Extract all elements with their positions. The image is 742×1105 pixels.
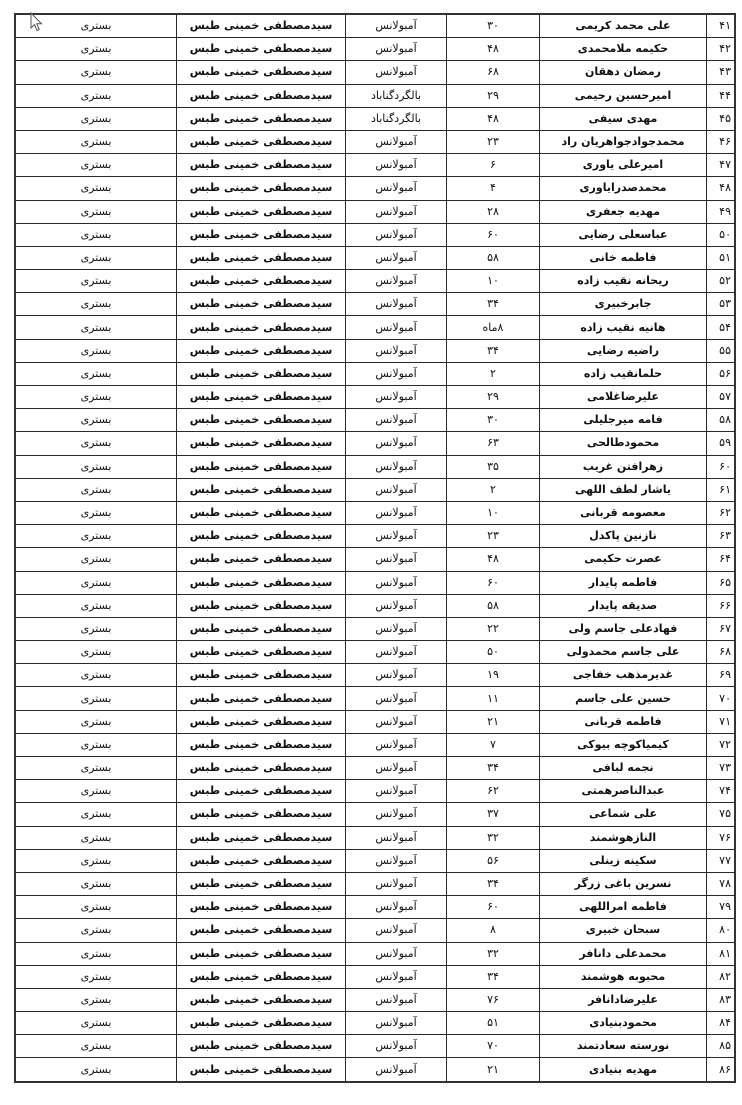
hospital-cell: سیدمصطفی خمینی طبس [177, 1058, 346, 1082]
status-cell: بستری [15, 270, 177, 293]
hospital-cell: سیدمصطفی خمینی طبس [177, 687, 346, 710]
row-number-cell: ۶۷ [707, 617, 736, 640]
age-cell: ۵۱ [447, 1012, 540, 1035]
patient-name-cell: محبوبه هوشمند [540, 965, 707, 988]
patient-name-cell: مهدیه بنیادی [540, 1058, 707, 1082]
patient-name-cell: فاطمه قربانی [540, 710, 707, 733]
transport-method-cell: آمبولانس [346, 1035, 447, 1058]
transport-method-cell: آمبولانس [346, 14, 447, 38]
table-row: ۵۴هانیه نقیب زاده۸ماهآمبولانسسیدمصطفی خم… [15, 316, 735, 339]
table-row: ۴۶محمدجوادجواهریان راد۲۳آمبولانسسیدمصطفی… [15, 130, 735, 153]
age-cell: ۱۰ [447, 501, 540, 524]
table-row: ۸۵نورسته سعادتمند۷۰آمبولانسسیدمصطفی خمین… [15, 1035, 735, 1058]
status-cell: بستری [15, 988, 177, 1011]
patient-name-cell: علی شماعی [540, 803, 707, 826]
row-number-cell: ۵۸ [707, 409, 736, 432]
table-row: ۶۹غدیرمذهب خفاجی۱۹آمبولانسسیدمصطفی خمینی… [15, 664, 735, 687]
transport-method-cell: آمبولانس [346, 386, 447, 409]
age-cell: ۷۰ [447, 1035, 540, 1058]
status-cell: بستری [15, 803, 177, 826]
transport-method-cell: آمبولانس [346, 988, 447, 1011]
hospital-cell: سیدمصطفی خمینی طبس [177, 130, 346, 153]
age-cell: ۶۲ [447, 780, 540, 803]
row-number-cell: ۴۶ [707, 130, 736, 153]
age-cell: ۶۰ [447, 571, 540, 594]
row-number-cell: ۴۸ [707, 177, 736, 200]
table-row: ۷۲کیمیاکوچه بیوکی۷آمبولانسسیدمصطفی خمینی… [15, 733, 735, 756]
table-row: ۸۰سبحان خبیری۸آمبولانسسیدمصطفی خمینی طبس… [15, 919, 735, 942]
status-cell: بستری [15, 1035, 177, 1058]
transport-method-cell: بالگردگناباد [346, 107, 447, 130]
transport-method-cell: آمبولانس [346, 942, 447, 965]
status-cell: بستری [15, 548, 177, 571]
transport-method-cell: آمبولانس [346, 803, 447, 826]
status-cell: بستری [15, 1058, 177, 1082]
table-row: ۵۳جابرخبیری۳۴آمبولانسسیدمصطفی خمینی طبسب… [15, 293, 735, 316]
table-row: ۸۱محمدعلی دانافر۳۲آمبولانسسیدمصطفی خمینی… [15, 942, 735, 965]
status-cell: بستری [15, 38, 177, 61]
age-cell: ۸ [447, 919, 540, 942]
patient-table-body: ۴۱علی محمد کریمی۳۰آمبولانسسیدمصطفی خمینی… [15, 14, 735, 1082]
table-row: ۷۷سکینه زینلی۵۶آمبولانسسیدمصطفی خمینی طب… [15, 849, 735, 872]
age-cell: ۳۴ [447, 339, 540, 362]
table-row: ۵۵راضیه رضایی۳۴آمبولانسسیدمصطفی خمینی طب… [15, 339, 735, 362]
patient-name-cell: محمدصدرایاوری [540, 177, 707, 200]
hospital-cell: سیدمصطفی خمینی طبس [177, 641, 346, 664]
hospital-cell: سیدمصطفی خمینی طبس [177, 965, 346, 988]
row-number-cell: ۶۸ [707, 641, 736, 664]
status-cell: بستری [15, 641, 177, 664]
status-cell: بستری [15, 710, 177, 733]
table-row: ۷۴عبدالناصرهمتی۶۲آمبولانسسیدمصطفی خمینی … [15, 780, 735, 803]
row-number-cell: ۶۶ [707, 594, 736, 617]
table-row: ۷۶النازهوشمند۳۲آمبولانسسیدمصطفی خمینی طب… [15, 826, 735, 849]
status-cell: بستری [15, 316, 177, 339]
status-cell: بستری [15, 872, 177, 895]
transport-method-cell: آمبولانس [346, 246, 447, 269]
status-cell: بستری [15, 386, 177, 409]
patient-name-cell: علیرضاغلامی [540, 386, 707, 409]
transport-method-cell: آمبولانس [346, 687, 447, 710]
row-number-cell: ۶۴ [707, 548, 736, 571]
row-number-cell: ۵۴ [707, 316, 736, 339]
patient-name-cell: مهدی سیفی [540, 107, 707, 130]
row-number-cell: ۷۶ [707, 826, 736, 849]
transport-method-cell: آمبولانس [346, 130, 447, 153]
status-cell: بستری [15, 571, 177, 594]
transport-method-cell: آمبولانس [346, 339, 447, 362]
age-cell: ۶۳ [447, 432, 540, 455]
transport-method-cell: آمبولانس [346, 1058, 447, 1082]
status-cell: بستری [15, 478, 177, 501]
table-row: ۵۹محمودطالحی۶۳آمبولانسسیدمصطفی خمینی طبس… [15, 432, 735, 455]
patient-name-cell: محمدجوادجواهریان راد [540, 130, 707, 153]
patient-name-cell: علی جاسم محمدولی [540, 641, 707, 664]
table-row: ۷۹فاطمه امراللهی۶۰آمبولانسسیدمصطفی خمینی… [15, 896, 735, 919]
hospital-cell: سیدمصطفی خمینی طبس [177, 154, 346, 177]
status-cell: بستری [15, 61, 177, 84]
status-cell: بستری [15, 780, 177, 803]
age-cell: ۲۲ [447, 617, 540, 640]
hospital-cell: سیدمصطفی خمینی طبس [177, 107, 346, 130]
table-row: ۴۹مهدیه جعفری۲۸آمبولانسسیدمصطفی خمینی طب… [15, 200, 735, 223]
status-cell: بستری [15, 409, 177, 432]
hospital-cell: سیدمصطفی خمینی طبس [177, 710, 346, 733]
patient-name-cell: مهدیه جعفری [540, 200, 707, 223]
table-row: ۴۵مهدی سیفی۴۸بالگردگنابادسیدمصطفی خمینی … [15, 107, 735, 130]
status-cell: بستری [15, 177, 177, 200]
patient-name-cell: زهرافتن غریب [540, 455, 707, 478]
hospital-cell: سیدمصطفی خمینی طبس [177, 362, 346, 385]
age-cell: ۲ [447, 478, 540, 501]
transport-method-cell: آمبولانس [346, 664, 447, 687]
row-number-cell: ۸۰ [707, 919, 736, 942]
hospital-cell: سیدمصطفی خمینی طبس [177, 872, 346, 895]
table-row: ۶۵فاطمه پایدار۶۰آمبولانسسیدمصطفی خمینی ط… [15, 571, 735, 594]
transport-method-cell: آمبولانس [346, 826, 447, 849]
hospital-cell: سیدمصطفی خمینی طبس [177, 896, 346, 919]
age-cell: ۶۰ [447, 896, 540, 919]
hospital-cell: سیدمصطفی خمینی طبس [177, 339, 346, 362]
transport-method-cell: آمبولانس [346, 455, 447, 478]
row-number-cell: ۷۷ [707, 849, 736, 872]
table-row: ۴۴امیرحسین رحیمی۲۹بالگردگنابادسیدمصطفی خ… [15, 84, 735, 107]
patient-name-cell: جابرخبیری [540, 293, 707, 316]
patient-name-cell: علیرضادانافر [540, 988, 707, 1011]
row-number-cell: ۶۳ [707, 525, 736, 548]
transport-method-cell: آمبولانس [346, 849, 447, 872]
transport-method-cell: آمبولانس [346, 965, 447, 988]
row-number-cell: ۸۱ [707, 942, 736, 965]
status-cell: بستری [15, 14, 177, 38]
transport-method-cell: آمبولانس [346, 200, 447, 223]
hospital-cell: سیدمصطفی خمینی طبس [177, 200, 346, 223]
hospital-cell: سیدمصطفی خمینی طبس [177, 386, 346, 409]
row-number-cell: ۸۲ [707, 965, 736, 988]
hospital-cell: سیدمصطفی خمینی طبس [177, 177, 346, 200]
table-row: ۶۳نازنین پاکدل۲۳آمبولانسسیدمصطفی خمینی ط… [15, 525, 735, 548]
patient-name-cell: محمودطالحی [540, 432, 707, 455]
row-number-cell: ۷۱ [707, 710, 736, 733]
patient-name-cell: حسین علی جاسم [540, 687, 707, 710]
status-cell: بستری [15, 733, 177, 756]
transport-method-cell: آمبولانس [346, 525, 447, 548]
age-cell: ۳۲ [447, 826, 540, 849]
patient-name-cell: امیرحسین رحیمی [540, 84, 707, 107]
row-number-cell: ۴۴ [707, 84, 736, 107]
transport-method-cell: آمبولانس [346, 594, 447, 617]
row-number-cell: ۴۷ [707, 154, 736, 177]
patient-table: ۴۱علی محمد کریمی۳۰آمبولانسسیدمصطفی خمینی… [14, 13, 736, 1083]
age-cell: ۲۹ [447, 84, 540, 107]
row-number-cell: ۵۱ [707, 246, 736, 269]
transport-method-cell: آمبولانس [346, 710, 447, 733]
status-cell: بستری [15, 293, 177, 316]
age-cell: ۳۴ [447, 872, 540, 895]
status-cell: بستری [15, 687, 177, 710]
hospital-cell: سیدمصطفی خمینی طبس [177, 548, 346, 571]
row-number-cell: ۶۵ [707, 571, 736, 594]
table-row: ۶۴عصرت حکیمی۴۸آمبولانسسیدمصطفی خمینی طبس… [15, 548, 735, 571]
status-cell: بستری [15, 919, 177, 942]
row-number-cell: ۷۵ [707, 803, 736, 826]
age-cell: ۲۱ [447, 1058, 540, 1082]
patient-name-cell: یاشار لطف اللهی [540, 478, 707, 501]
status-cell: بستری [15, 757, 177, 780]
row-number-cell: ۴۲ [707, 38, 736, 61]
patient-name-cell: عصرت حکیمی [540, 548, 707, 571]
transport-method-cell: آمبولانس [346, 571, 447, 594]
row-number-cell: ۷۳ [707, 757, 736, 780]
patient-name-cell: النازهوشمند [540, 826, 707, 849]
hospital-cell: سیدمصطفی خمینی طبس [177, 246, 346, 269]
status-cell: بستری [15, 362, 177, 385]
patient-name-cell: نازنین پاکدل [540, 525, 707, 548]
hospital-cell: سیدمصطفی خمینی طبس [177, 270, 346, 293]
table-row: ۵۲ریحانه نقیب زاده۱۰آمبولانسسیدمصطفی خمی… [15, 270, 735, 293]
patient-name-cell: سکینه زینلی [540, 849, 707, 872]
patient-name-cell: نجمه لبافی [540, 757, 707, 780]
transport-method-cell: آمبولانس [346, 38, 447, 61]
hospital-cell: سیدمصطفی خمینی طبس [177, 316, 346, 339]
table-row: ۸۳علیرضادانافر۷۶آمبولانسسیدمصطفی خمینی ط… [15, 988, 735, 1011]
transport-method-cell: آمبولانس [346, 478, 447, 501]
table-row: ۶۶صدیقه پایدار۵۸آمبولانسسیدمصطفی خمینی ط… [15, 594, 735, 617]
transport-method-cell: آمبولانس [346, 757, 447, 780]
table-row: ۷۱فاطمه قربانی۲۱آمبولانسسیدمصطفی خمینی ط… [15, 710, 735, 733]
hospital-cell: سیدمصطفی خمینی طبس [177, 501, 346, 524]
status-cell: بستری [15, 200, 177, 223]
row-number-cell: ۶۰ [707, 455, 736, 478]
patient-name-cell: کیمیاکوچه بیوکی [540, 733, 707, 756]
patient-name-cell: امیرعلی یاوری [540, 154, 707, 177]
hospital-cell: سیدمصطفی خمینی طبس [177, 988, 346, 1011]
patient-name-cell: هانیه نقیب زاده [540, 316, 707, 339]
age-cell: ۶۸ [447, 61, 540, 84]
hospital-cell: سیدمصطفی خمینی طبس [177, 525, 346, 548]
row-number-cell: ۴۹ [707, 200, 736, 223]
status-cell: بستری [15, 501, 177, 524]
transport-method-cell: آمبولانس [346, 780, 447, 803]
status-cell: بستری [15, 664, 177, 687]
patient-name-cell: حکیمه ملامحمدی [540, 38, 707, 61]
hospital-cell: سیدمصطفی خمینی طبس [177, 432, 346, 455]
transport-method-cell: آمبولانس [346, 270, 447, 293]
status-cell: بستری [15, 154, 177, 177]
hospital-cell: سیدمصطفی خمینی طبس [177, 1012, 346, 1035]
transport-method-cell: آمبولانس [346, 641, 447, 664]
status-cell: بستری [15, 455, 177, 478]
status-cell: بستری [15, 896, 177, 919]
patient-name-cell: نسرین باغی زرگر [540, 872, 707, 895]
age-cell: ۲۸ [447, 200, 540, 223]
patient-name-cell: نورسته سعادتمند [540, 1035, 707, 1058]
age-cell: ۵۸ [447, 594, 540, 617]
table-row: ۶۸علی جاسم محمدولی۵۰آمبولانسسیدمصطفی خمی… [15, 641, 735, 664]
age-cell: ۴۸ [447, 107, 540, 130]
age-cell: ۱۰ [447, 270, 540, 293]
table-row: ۴۷امیرعلی یاوری۶آمبولانسسیدمصطفی خمینی ط… [15, 154, 735, 177]
hospital-cell: سیدمصطفی خمینی طبس [177, 478, 346, 501]
age-cell: ۵۰ [447, 641, 540, 664]
status-cell: بستری [15, 1012, 177, 1035]
hospital-cell: سیدمصطفی خمینی طبس [177, 1035, 346, 1058]
row-number-cell: ۵۵ [707, 339, 736, 362]
row-number-cell: ۶۲ [707, 501, 736, 524]
age-cell: ۴ [447, 177, 540, 200]
row-number-cell: ۴۵ [707, 107, 736, 130]
row-number-cell: ۷۸ [707, 872, 736, 895]
table-row: ۶۷فهادعلی جاسم ولی۲۲آمبولانسسیدمصطفی خمی… [15, 617, 735, 640]
status-cell: بستری [15, 525, 177, 548]
row-number-cell: ۸۴ [707, 1012, 736, 1035]
table-row: ۶۱یاشار لطف اللهی۲آمبولانسسیدمصطفی خمینی… [15, 478, 735, 501]
age-cell: ۳۵ [447, 455, 540, 478]
age-cell: ۳۷ [447, 803, 540, 826]
hospital-cell: سیدمصطفی خمینی طبس [177, 38, 346, 61]
patient-name-cell: فاطمه خانی [540, 246, 707, 269]
patient-name-cell: سبحان خبیری [540, 919, 707, 942]
row-number-cell: ۷۴ [707, 780, 736, 803]
status-cell: بستری [15, 339, 177, 362]
row-number-cell: ۶۹ [707, 664, 736, 687]
table-row: ۶۲معصومه قربانی۱۰آمبولانسسیدمصطفی خمینی … [15, 501, 735, 524]
transport-method-cell: آمبولانس [346, 154, 447, 177]
status-cell: بستری [15, 432, 177, 455]
status-cell: بستری [15, 826, 177, 849]
transport-method-cell: آمبولانس [346, 1012, 447, 1035]
hospital-cell: سیدمصطفی خمینی طبس [177, 571, 346, 594]
age-cell: ۲۱ [447, 710, 540, 733]
row-number-cell: ۷۰ [707, 687, 736, 710]
transport-method-cell: آمبولانس [346, 61, 447, 84]
table-row: ۵۶حلمانقیب زاده۲آمبولانسسیدمصطفی خمینی ط… [15, 362, 735, 385]
transport-method-cell: آمبولانس [346, 733, 447, 756]
age-cell: ۲۳ [447, 130, 540, 153]
patient-name-cell: علی محمد کریمی [540, 14, 707, 38]
hospital-cell: سیدمصطفی خمینی طبس [177, 826, 346, 849]
table-row: ۵۸فامه میرجلیلی۳۰آمبولانسسیدمصطفی خمینی … [15, 409, 735, 432]
age-cell: ۷۶ [447, 988, 540, 1011]
status-cell: بستری [15, 965, 177, 988]
hospital-cell: سیدمصطفی خمینی طبس [177, 617, 346, 640]
table-row: ۴۲حکیمه ملامحمدی۴۸آمبولانسسیدمصطفی خمینی… [15, 38, 735, 61]
patient-name-cell: راضیه رضایی [540, 339, 707, 362]
age-cell: ۷ [447, 733, 540, 756]
age-cell: ۴۸ [447, 38, 540, 61]
transport-method-cell: آمبولانس [346, 919, 447, 942]
transport-method-cell: آمبولانس [346, 316, 447, 339]
table-row: ۷۵علی شماعی۳۷آمبولانسسیدمصطفی خمینی طبسب… [15, 803, 735, 826]
age-cell: ۱۱ [447, 687, 540, 710]
hospital-cell: سیدمصطفی خمینی طبس [177, 803, 346, 826]
transport-method-cell: آمبولانس [346, 362, 447, 385]
age-cell: ۲۳ [447, 525, 540, 548]
age-cell: ۸ماه [447, 316, 540, 339]
status-cell: بستری [15, 942, 177, 965]
status-cell: بستری [15, 223, 177, 246]
age-cell: ۵۸ [447, 246, 540, 269]
table-row: ۵۱فاطمه خانی۵۸آمبولانسسیدمصطفی خمینی طبس… [15, 246, 735, 269]
transport-method-cell: آمبولانس [346, 896, 447, 919]
status-cell: بستری [15, 107, 177, 130]
hospital-cell: سیدمصطفی خمینی طبس [177, 733, 346, 756]
age-cell: ۳۴ [447, 965, 540, 988]
hospital-cell: سیدمصطفی خمینی طبس [177, 849, 346, 872]
patient-name-cell: فهادعلی جاسم ولی [540, 617, 707, 640]
patient-name-cell: صدیقه پایدار [540, 594, 707, 617]
transport-method-cell: آمبولانس [346, 293, 447, 316]
status-cell: بستری [15, 130, 177, 153]
hospital-cell: سیدمصطفی خمینی طبس [177, 84, 346, 107]
row-number-cell: ۷۹ [707, 896, 736, 919]
row-number-cell: ۵۹ [707, 432, 736, 455]
patient-name-cell: محمدعلی دانافر [540, 942, 707, 965]
transport-method-cell: آمبولانس [346, 177, 447, 200]
row-number-cell: ۵۳ [707, 293, 736, 316]
table-row: ۸۲محبوبه هوشمند۳۴آمبولانسسیدمصطفی خمینی … [15, 965, 735, 988]
table-row: ۵۷علیرضاغلامی۲۹آمبولانسسیدمصطفی خمینی طب… [15, 386, 735, 409]
transport-method-cell: آمبولانس [346, 409, 447, 432]
transport-method-cell: آمبولانس [346, 501, 447, 524]
age-cell: ۱۹ [447, 664, 540, 687]
row-number-cell: ۴۱ [707, 14, 736, 38]
table-row: ۷۰حسین علی جاسم۱۱آمبولانسسیدمصطفی خمینی … [15, 687, 735, 710]
patient-name-cell: محمودبنیادی [540, 1012, 707, 1035]
transport-method-cell: آمبولانس [346, 548, 447, 571]
hospital-cell: سیدمصطفی خمینی طبس [177, 223, 346, 246]
row-number-cell: ۵۷ [707, 386, 736, 409]
hospital-cell: سیدمصطفی خمینی طبس [177, 757, 346, 780]
table-row: ۷۸نسرین باغی زرگر۳۴آمبولانسسیدمصطفی خمین… [15, 872, 735, 895]
row-number-cell: ۷۲ [707, 733, 736, 756]
age-cell: ۶ [447, 154, 540, 177]
row-number-cell: ۴۳ [707, 61, 736, 84]
transport-method-cell: آمبولانس [346, 617, 447, 640]
table-row: ۸۴محمودبنیادی۵۱آمبولانسسیدمصطفی خمینی طب… [15, 1012, 735, 1035]
table-row: ۶۰زهرافتن غریب۳۵آمبولانسسیدمصطفی خمینی ط… [15, 455, 735, 478]
row-number-cell: ۵۲ [707, 270, 736, 293]
patient-name-cell: غدیرمذهب خفاجی [540, 664, 707, 687]
table-row: ۸۶مهدیه بنیادی۲۱آمبولانسسیدمصطفی خمینی ط… [15, 1058, 735, 1082]
age-cell: ۳۲ [447, 942, 540, 965]
age-cell: ۳۰ [447, 409, 540, 432]
table-row: ۴۱علی محمد کریمی۳۰آمبولانسسیدمصطفی خمینی… [15, 14, 735, 38]
status-cell: بستری [15, 246, 177, 269]
hospital-cell: سیدمصطفی خمینی طبس [177, 14, 346, 38]
patient-name-cell: فاطمه پایدار [540, 571, 707, 594]
patient-name-cell: رمضان دهقان [540, 61, 707, 84]
hospital-cell: سیدمصطفی خمینی طبس [177, 919, 346, 942]
age-cell: ۲۹ [447, 386, 540, 409]
row-number-cell: ۶۱ [707, 478, 736, 501]
table-row: ۴۳رمضان دهقان۶۸آمبولانسسیدمصطفی خمینی طب… [15, 61, 735, 84]
age-cell: ۳۴ [447, 757, 540, 780]
status-cell: بستری [15, 84, 177, 107]
hospital-cell: سیدمصطفی خمینی طبس [177, 409, 346, 432]
patient-name-cell: عبدالناصرهمتی [540, 780, 707, 803]
age-cell: ۴۸ [447, 548, 540, 571]
transport-method-cell: بالگردگناباد [346, 84, 447, 107]
age-cell: ۶۰ [447, 223, 540, 246]
status-cell: بستری [15, 617, 177, 640]
hospital-cell: سیدمصطفی خمینی طبس [177, 61, 346, 84]
transport-method-cell: آمبولانس [346, 223, 447, 246]
row-number-cell: ۸۳ [707, 988, 736, 1011]
transport-method-cell: آمبولانس [346, 432, 447, 455]
age-cell: ۵۶ [447, 849, 540, 872]
hospital-cell: سیدمصطفی خمینی طبس [177, 664, 346, 687]
